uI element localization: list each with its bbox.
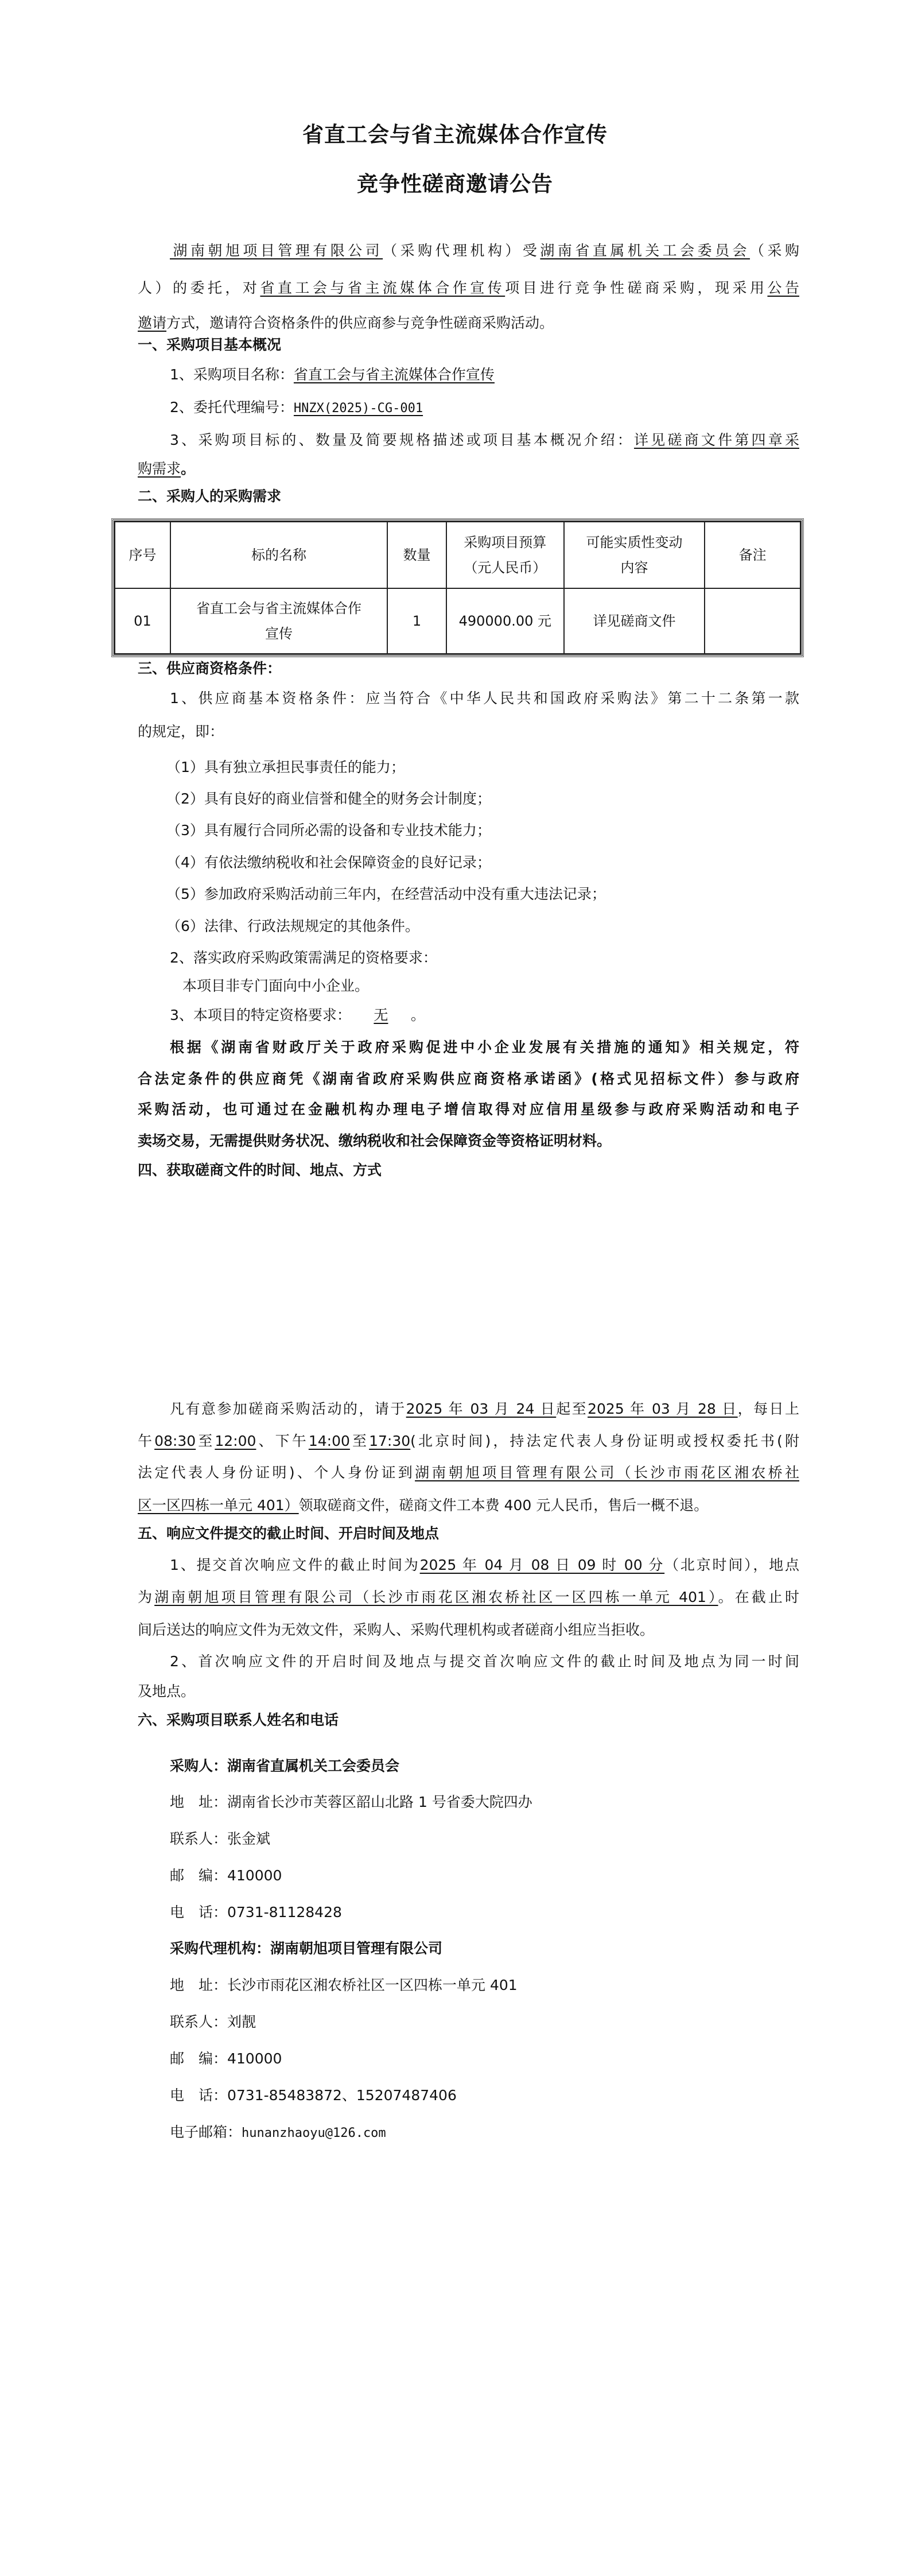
intro-line-1: 湖南朝旭项目管理有限公司（采购代理机构）受湖南省直属机关工会委员会（采购 [138,241,799,261]
intro-line-3: 邀请方式，邀请符合资格条件的供应商参与竞争性磋商采购活动。 [138,313,799,333]
purchaser-address: 地 址：湖南省长沙市芙蓉区韶山北路 1 号省委大院四办 [170,1793,831,1812]
deadline-line-2: 为湖南朝旭项目管理有限公司（长沙市雨花区湘农桥社区一区四栋一单元 401）。在截… [138,1588,799,1607]
agency-postcode: 邮 编：410000 [170,2049,831,2069]
header-no: 序号 [115,522,170,588]
document-title-line-1: 省直工会与省主流媒体合作宣传 [0,121,910,148]
header-name: 标的名称 [170,522,387,588]
deadline-line-1: 1、提交首次响应文件的截止时间为2025 年 04 月 08 日 09 时 00… [170,1555,799,1575]
agency-phone: 电 话：0731-85483872、15207487406 [170,2086,831,2105]
project-summary-item: 3、采购项目标的、数量及简要规格描述或项目基本概况介绍：详见磋商文件第四章采 [170,430,799,450]
purchaser-phone: 电 话：0731-81128428 [170,1903,831,1922]
opening-line-2: 及地点。 [138,1682,799,1701]
agency-code-item: 2、委托代理编号：HNZX(2025)-CG-001 [170,398,799,418]
agency-contact: 联系人：刘靓 [170,2012,831,2032]
procurement-requirements-table: 序号 标的名称 数量 采购项目预算（元人民币） 可能实质性变动内容 备注 01 … [112,519,803,656]
acquire-place: 湖南朝旭项目管理有限公司（长沙市雨花区湘农桥社 [415,1464,799,1481]
intro-line-2: 人）的委托，对省直工会与省主流媒体合作宣传项目进行竞争性磋商采购，现采用公告 [138,278,799,298]
acquire-line-3: 法定代表人身份证明)、个人身份证到湖南朝旭项目管理有限公司（长沙市雨花区湘农桥社 [138,1463,799,1483]
opening-line-1: 2、首次响应文件的开启时间及地点与提交首次响应文件的截止时间及地点为同一时间 [170,1652,799,1671]
condition-5: （5）参加政府采购活动前三年内，在经营活动中没有重大违法记录； [166,884,828,904]
basic-qualification: 1、供应商基本资格条件：应当符合《中华人民共和国政府采购法》第二十二条第一款 [170,689,799,708]
acquire-line-4: 区一区四栋一单元 401）领取磋商文件，磋商文件工本费 400 元人民币，售后一… [138,1496,799,1515]
section-1-heading: 一、采购项目基本概况 [138,335,799,355]
sme-notice-line-1: 根据《湖南省财政厅关于政府采购促进中小企业发展有关措施的通知》相关规定，符 [170,1038,799,1057]
specific-qualification: 3、本项目的特定资格要求：无。 [170,1006,799,1025]
cell-budget: 490000.00 元 [446,588,564,654]
cell-name: 省直工会与省主流媒体合作宣传 [170,588,387,654]
basic-qualification-cont: 的规定，即： [138,722,799,742]
sme-notice-line-2: 合法定条件的供应商凭《湖南省政府采购供应商资格承诺函》(格式见招标文件）参与政府 [138,1069,799,1089]
procurement-method: 公告 [767,280,799,296]
purchaser-name: 湖南省直属机关工会委员会 [540,242,750,259]
purchaser-title: 采购人：湖南省直属机关工会委员会 [170,1756,831,1776]
table-header-row: 序号 标的名称 数量 采购项目预算（元人民币） 可能实质性变动内容 备注 [115,522,800,588]
section-2-heading: 二、采购人的采购需求 [138,487,799,506]
section-5-heading: 五、响应文件提交的截止时间、开启时间及地点 [138,1524,799,1543]
submission-deadline: 2025 年 04 月 08 日 09 时 00 分 [420,1557,665,1573]
purchaser-contact: 联系人：张金斌 [170,1829,831,1849]
cell-no: 01 [115,588,170,654]
acquire-line-2: 午08:30至12:00、下午14:00至17:30(北京时间)，持法定代表人身… [138,1431,799,1451]
project-name-item: 1、采购项目名称：省直工会与省主流媒体合作宣传 [170,365,799,385]
condition-1: （1）具有独立承担民事责任的能力； [166,758,828,777]
deadline-line-3: 间后送达的响应文件为无效文件，采购人、采购代理机构或者磋商小组应当拒收。 [138,1620,799,1640]
condition-6: （6）法律、行政法规规定的其他条件。 [166,917,828,936]
document-title-line-2: 竞争性磋商邀请公告 [0,170,910,197]
acquire-line-1: 凡有意参加磋商采购活动的，请于2025 年 03 月 24 日起至2025 年 … [170,1399,799,1419]
table-row: 01 省直工会与省主流媒体合作宣传 1 490000.00 元 详见磋商文件 [115,588,800,654]
cell-qty: 1 [387,588,446,654]
condition-4: （4）有依法缴纳税收和社会保障资金的良好记录； [166,853,828,872]
header-budget: 采购项目预算（元人民币） [446,522,564,588]
project-summary-item-cont: 购需求。 [138,459,799,479]
purchaser-postcode: 邮 编：410000 [170,1866,831,1886]
agency-code: HNZX(2025)-CG-001 [294,401,423,416]
agency-email[interactable]: hunanzhaoyu@126.com [242,2126,386,2140]
condition-3: （3）具有履行合同所必需的设备和专业技术能力； [166,821,828,840]
policy-requirement-value: 本项目非专门面向中小企业。 [182,976,844,996]
condition-2: （2）具有良好的商业信誉和健全的财务会计制度； [166,789,828,809]
acquire-date-to: 2025 年 03 月 28 日 [588,1400,738,1417]
section-3-heading: 三、供应商资格条件： [138,659,799,678]
header-qty: 数量 [387,522,446,588]
agency-name: 湖南朝旭项目管理有限公司 [170,242,383,259]
policy-requirement: 2、落实政府采购政策需满足的资格要求： [170,948,799,968]
cell-remark [705,588,800,654]
section-4-heading: 四、获取磋商文件的时间、地点、方式 [138,1161,799,1180]
agency-title: 采购代理机构：湖南朝旭项目管理有限公司 [170,1939,831,1958]
agency-email-row: 电子邮箱：hunanzhaoyu@126.com [170,2123,831,2143]
sme-notice-line-4: 卖场交易，无需提供财务状况、缴纳税收和社会保障资金等资格证明材料。 [138,1131,799,1151]
sme-notice-line-3: 采购活动，也可通过在金融机构办理电子增信取得对应信用星级参与政府采购活动和电子 [138,1100,799,1119]
submission-place: 湖南朝旭项目管理有限公司（长沙市雨花区湘农桥社区一区四栋一单元 401） [154,1589,718,1605]
agency-address: 地 址：长沙市雨花区湘农桥社区一区四栋一单元 401 [170,1976,831,1995]
header-change: 可能实质性变动内容 [564,522,705,588]
acquire-date-from: 2025 年 03 月 24 日 [406,1400,557,1417]
project-name: 省直工会与省主流媒体合作宣传 [260,280,505,296]
cell-change: 详见磋商文件 [564,588,705,654]
section-6-heading: 六、采购项目联系人姓名和电话 [138,1710,799,1730]
header-remark: 备注 [705,522,800,588]
